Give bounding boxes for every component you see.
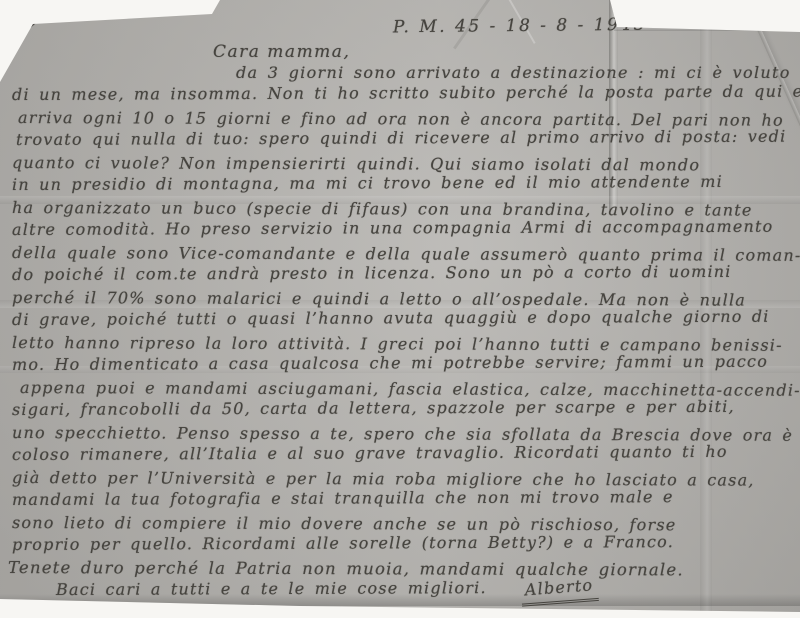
letter-line: mo. Ho dimenticato a casa qualcosa che m… xyxy=(12,351,800,377)
letter-line: proprio per quello. Ricordami alle sorel… xyxy=(12,531,800,557)
letter-line: di grave, poiché tutti o quasi l’hanno a… xyxy=(12,306,800,332)
scanned-letter-page: { "document": { "kind": "handwritten let… xyxy=(0,0,800,618)
letter-line: do poiché il com.te andrà presto in lice… xyxy=(12,261,800,287)
letter-line: altre comodità. Ho preso servizio in una… xyxy=(12,216,800,242)
letter-line: coloso rimanere, all’Italia e al suo gra… xyxy=(12,441,800,467)
postmark-date: P. M. 45 - 18 - 8 - 1943 xyxy=(393,15,647,38)
salutation: Cara mamma, xyxy=(213,42,350,62)
letter-body: di un mese, ma insomma. Non ti ho scritt… xyxy=(12,84,800,602)
letter-line: trovato qui nulla di tuo: spero quindi d… xyxy=(16,126,800,152)
letter-closing-line: Baci cari a tutti e a te le mie cose mig… xyxy=(56,576,800,602)
signature: Alberto xyxy=(520,574,598,606)
torn-corner-notch xyxy=(28,18,42,30)
letter-line: in un presidio di montagna, ma mi ci tro… xyxy=(12,171,800,197)
letter-line: di un mese, ma insomma. Non ti ho scritt… xyxy=(12,81,800,107)
letter-opening-line: da 3 giorni sono arrivato a destinazione… xyxy=(236,63,800,82)
letter-line: mandami la tua fotografia e stai tranqui… xyxy=(12,486,800,512)
letter-line: sigari, francobolli da 50, carta da lett… xyxy=(12,396,800,422)
letter-paper-sheet: P. M. 45 - 18 - 8 - 1943 Cara mamma, da … xyxy=(0,0,800,618)
closing-text: Baci cari a tutti e a te le mie cose mig… xyxy=(56,578,487,599)
